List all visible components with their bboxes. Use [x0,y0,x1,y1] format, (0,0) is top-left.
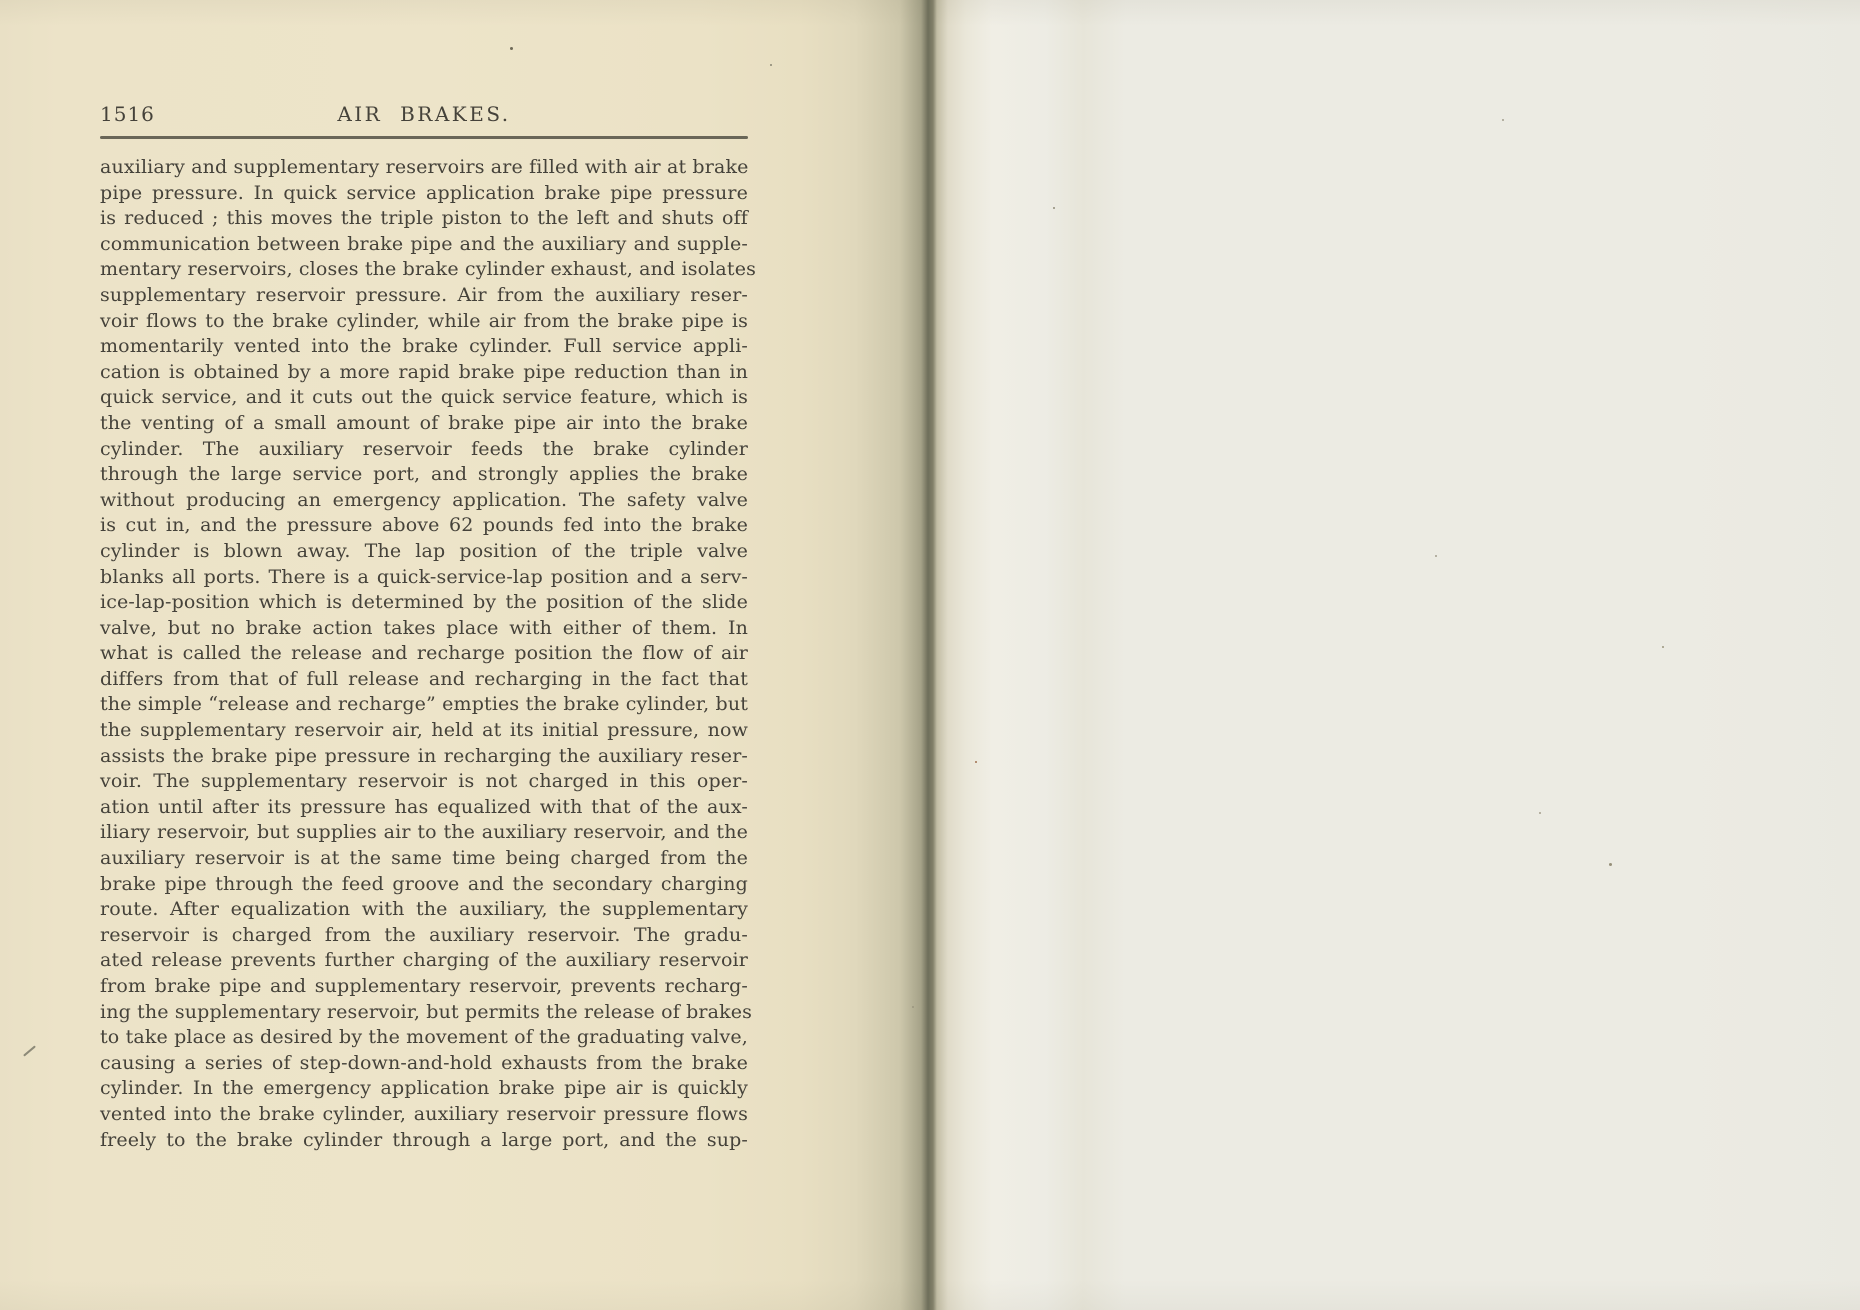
running-title: AIR BRAKES. [100,102,748,126]
body-line: auxiliary reservoir is at the same time … [100,846,748,872]
body-line: cation is obtained by a more rapid brake… [100,360,748,386]
left-page: 1516 AIR BRAKES. auxiliary and supplemen… [0,0,930,1310]
header-rule [100,136,748,139]
body-line: freely to the brake cylinder through a l… [100,1128,748,1154]
body-line: ation until after its pressure has equal… [100,795,748,821]
book-spread: 1516 AIR BRAKES. auxiliary and supplemen… [0,0,1860,1310]
paper-speck [510,47,513,50]
body-line: communication between brake pipe and the… [100,232,748,258]
body-line: momentarily vented into the brake cylind… [100,334,748,360]
body-line: from brake pipe and supplementary reserv… [100,974,748,1000]
paper-speck [1539,812,1541,814]
body-line: what is called the release and recharge … [100,641,748,667]
page-header: 1516 AIR BRAKES. [100,102,748,128]
body-line: ing the supplementary reservoir, but per… [100,1000,748,1026]
body-line: route. After equalization with the auxil… [100,897,748,923]
body-line: pipe pressure. In quick service applicat… [100,181,748,207]
body-line: ated release prevents further charging o… [100,948,748,974]
body-line: through the large service port, and stro… [100,462,748,488]
body-line: the supplementary reservoir air, held at… [100,718,748,744]
body-line: blanks all ports. There is a quick-servi… [100,565,748,591]
paper-speck [770,64,772,66]
body-line: without producing an emergency applicati… [100,488,748,514]
body-line: cylinder is blown away. The lap position… [100,539,748,565]
body-line: voir flows to the brake cylinder, while … [100,309,748,335]
body-line: the venting of a small amount of brake p… [100,411,748,437]
paper-speck [1662,646,1664,648]
body-line: supplementary reservoir pressure. Air fr… [100,283,748,309]
body-line: mentary reservoirs, closes the brake cyl… [100,257,748,283]
body-line: quick service, and it cuts out the quick… [100,385,748,411]
body-line: iliary reservoir, but supplies air to th… [100,820,748,846]
body-line: differs from that of full release and re… [100,667,748,693]
body-line: cylinder. In the emergency application b… [100,1076,748,1102]
paper-speck [975,761,977,763]
body-line: to take place as desired by the movement… [100,1025,748,1051]
body-line: reservoir is charged from the auxiliary … [100,923,748,949]
body-line: valve, but no brake action takes place w… [100,616,748,642]
body-text: auxiliary and supplementary reservoirs a… [100,155,748,1153]
paper-speck [1609,863,1612,866]
body-line: assists the brake pipe pressure in recha… [100,744,748,770]
body-line: the simple “release and recharge” emptie… [100,692,748,718]
body-line: is cut in, and the pressure above 62 pou… [100,513,748,539]
body-line: vented into the brake cylinder, auxiliar… [100,1102,748,1128]
body-line: brake pipe through the feed groove and t… [100,872,748,898]
paper-speck [912,1006,914,1008]
body-line: ice-lap-position which is determined by … [100,590,748,616]
body-line: auxiliary and supplementary reservoirs a… [100,155,748,181]
right-page [938,0,1860,1310]
paper-speck [1435,555,1437,557]
body-line: cylinder. The auxiliary reservoir feeds … [100,437,748,463]
paper-speck [1053,207,1055,209]
body-line: voir. The supplementary reservoir is not… [100,769,748,795]
paper-speck [1502,119,1504,121]
body-line: is reduced ; this moves the triple pisto… [100,206,748,232]
body-line: causing a series of step-down-and-hold e… [100,1051,748,1077]
pencil-mark [23,1045,36,1056]
